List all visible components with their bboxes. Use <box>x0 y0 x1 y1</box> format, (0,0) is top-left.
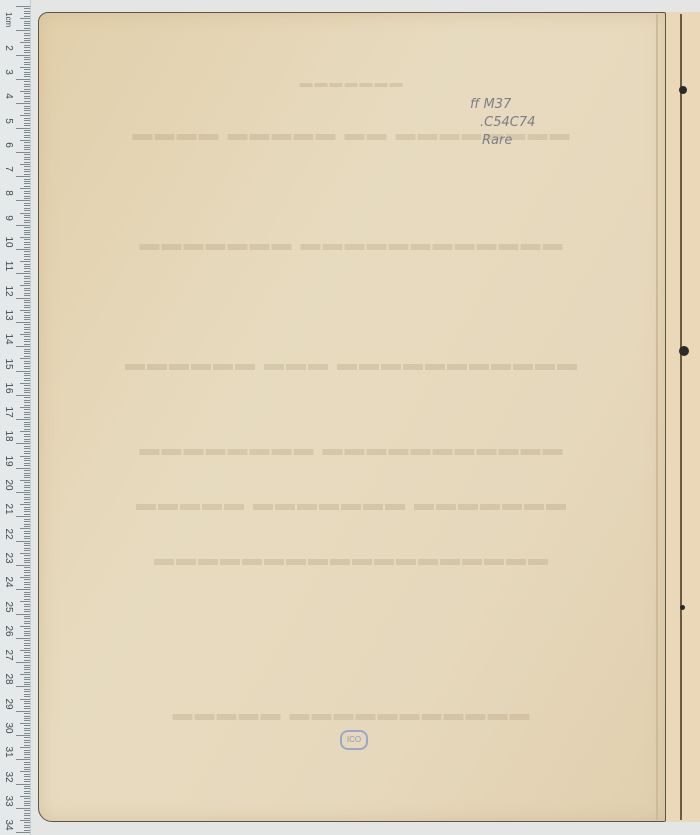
ruler-tick <box>24 307 30 308</box>
ruler-tick <box>24 271 30 272</box>
ruler-tick <box>24 426 30 427</box>
ruler-tick <box>24 417 30 418</box>
ruler-tick <box>24 752 30 753</box>
ruler-tick <box>24 460 30 461</box>
ruler-tick <box>24 52 30 53</box>
ruler-tick <box>24 45 30 46</box>
ruler-tick <box>24 135 30 136</box>
ruler-tick <box>24 684 30 685</box>
ruler-tick <box>24 424 30 425</box>
ruler-tick <box>16 419 30 420</box>
ruler-tick <box>24 414 30 415</box>
ruler-tick <box>24 526 30 527</box>
library-stamp: ICO <box>340 730 368 750</box>
ruler-tick <box>16 808 30 809</box>
ruler-tick <box>24 145 30 146</box>
ruler-tick <box>24 220 30 221</box>
ruler-tick <box>16 273 30 274</box>
ruler-tick <box>24 210 30 211</box>
ruler-tick <box>16 395 30 396</box>
ruler-tick <box>24 137 30 138</box>
ruler-tick <box>16 638 30 639</box>
ruler-tick <box>24 750 30 751</box>
ruler-tick <box>24 745 30 746</box>
ruler-tick <box>24 555 30 556</box>
ruler-tick <box>24 497 30 498</box>
ruler-tick <box>24 475 30 476</box>
ruler-tick <box>24 604 30 605</box>
ruler-tick <box>24 810 30 811</box>
handwritten-call-number: ff M37 .C54C74 Rare <box>470 96 535 150</box>
ruler-tick <box>24 324 30 325</box>
ruler-number: 15 <box>3 357 13 371</box>
ruler-tick <box>24 473 30 474</box>
ruler-tick <box>24 623 30 624</box>
ruler-tick <box>24 669 30 670</box>
ruler-tick <box>24 302 30 303</box>
ruler-tick <box>24 344 30 345</box>
ruler-number: 21 <box>3 502 13 516</box>
ruler-tick <box>24 545 30 546</box>
ruler-tick <box>24 594 30 595</box>
ruler-tick <box>24 635 30 636</box>
ruler-tick <box>24 786 30 787</box>
ruler-tick <box>24 633 30 634</box>
ruler-tick <box>24 191 30 192</box>
bleed-through-heading: ▬▬▬▬▬▬▬ <box>99 75 605 91</box>
ruler-tick <box>24 23 30 24</box>
ruler-tick <box>24 363 30 364</box>
ruler-tick <box>24 254 30 255</box>
ruler-tick <box>24 123 30 124</box>
ruler-tick <box>24 251 30 252</box>
ruler-tick <box>24 93 30 94</box>
ruler-tick <box>24 667 30 668</box>
ruler-tick <box>24 203 30 204</box>
ruler-tick <box>24 764 30 765</box>
ruler-tick <box>16 662 30 663</box>
ruler-tick <box>24 227 30 228</box>
ruler-tick <box>24 378 30 379</box>
ruler-tick <box>24 587 30 588</box>
ruler-tick <box>16 614 30 615</box>
ruler-tick <box>24 373 30 374</box>
ruler-tick <box>24 611 30 612</box>
ruler-tick <box>24 652 30 653</box>
ruler-tick <box>16 589 30 590</box>
ruler-tick <box>16 103 30 104</box>
ruler-tick <box>24 596 30 597</box>
ruler-tick <box>24 482 30 483</box>
ruler-tick <box>24 645 30 646</box>
ruler-number: 10 <box>3 235 13 249</box>
ruler-tick <box>24 106 30 107</box>
ruler-tick <box>24 339 30 340</box>
ruler-tick <box>24 169 30 170</box>
ruler-tick <box>24 47 30 48</box>
ruler-tick <box>24 186 30 187</box>
ruler-tick <box>20 407 30 408</box>
ruler-tick <box>24 708 30 709</box>
ruler-tick <box>24 742 30 743</box>
ruler-tick <box>24 725 30 726</box>
ruler-tick <box>24 441 30 442</box>
ruler-tick <box>24 300 30 301</box>
ruler-number: 27 <box>3 648 13 662</box>
ruler-number: 25 <box>3 600 13 614</box>
ruler-tick <box>24 234 30 235</box>
ruler-tick <box>24 737 30 738</box>
ruler-tick <box>24 312 30 313</box>
ruler-tick <box>24 59 30 60</box>
ruler-tick <box>24 519 30 520</box>
ruler-tick <box>20 820 30 821</box>
ruler-tick <box>24 259 30 260</box>
ruler-tick <box>16 735 30 736</box>
ruler-tick <box>24 385 30 386</box>
ruler-tick <box>24 584 30 585</box>
call-number-line2: .C54C74 <box>470 114 535 132</box>
ruler-number: 14 <box>3 332 13 346</box>
ruler-tick <box>24 230 30 231</box>
bleed-through-line: ▬▬▬▬▬▬▬▬ ▬▬▬▬▬▬▬▬▬▬▬ <box>99 438 605 461</box>
ruler-tick <box>24 730 30 731</box>
ruler-number: 29 <box>3 697 13 711</box>
ruler-tick <box>20 310 30 311</box>
ruler-tick <box>24 329 30 330</box>
ruler-tick <box>24 142 30 143</box>
ruler-tick <box>24 276 30 277</box>
ruler-tick <box>24 281 30 282</box>
ruler-tick <box>16 711 30 712</box>
ruler-tick <box>24 616 30 617</box>
ruler-tick <box>24 62 30 63</box>
ruler-tick <box>24 487 30 488</box>
ruler-tick <box>20 723 30 724</box>
ruler-tick <box>24 422 30 423</box>
ruler-tick <box>16 492 30 493</box>
ruler-tick <box>24 567 30 568</box>
ruler-tick <box>24 728 30 729</box>
ruler-tick <box>16 176 30 177</box>
ruler-tick <box>24 815 30 816</box>
binding-hole <box>680 605 685 610</box>
ruler-tick <box>24 618 30 619</box>
ruler-tick <box>24 465 30 466</box>
ruler-tick <box>24 621 30 622</box>
ruler-tick <box>24 436 30 437</box>
ruler-tick <box>24 548 30 549</box>
ruler-tick <box>16 6 30 7</box>
ruler-tick <box>20 504 30 505</box>
ruler-tick <box>24 315 30 316</box>
ruler-tick <box>24 96 30 97</box>
ruler-tick <box>20 164 30 165</box>
ruler-tick <box>24 208 30 209</box>
ruler-tick <box>24 118 30 119</box>
ruler-tick <box>24 405 30 406</box>
ruler-tick <box>24 579 30 580</box>
ruler-tick <box>24 798 30 799</box>
ruler-tick <box>24 701 30 702</box>
ruler-tick <box>24 677 30 678</box>
ruler-tick <box>24 264 30 265</box>
ruler-tick <box>24 448 30 449</box>
ruler-number: 17 <box>3 405 13 419</box>
ruler-tick <box>24 429 30 430</box>
ruler-tick <box>24 86 30 87</box>
ruler-tick <box>24 689 30 690</box>
ruler-tick <box>24 33 30 34</box>
ruler-tick <box>20 67 30 68</box>
ruler-tick <box>24 827 30 828</box>
ruler-tick <box>24 305 30 306</box>
ruler-tick <box>24 769 30 770</box>
ruler-tick <box>24 439 30 440</box>
ruler-tick <box>24 166 30 167</box>
ruler-tick <box>20 577 30 578</box>
ruler-tick <box>24 570 30 571</box>
ruler-tick <box>24 582 30 583</box>
ruler-tick <box>24 713 30 714</box>
bleed-through-line: ▬▬▬▬▬▬▬▬▬▬▬▬▬▬▬▬▬▬ <box>99 548 605 571</box>
ruler-tick <box>16 152 30 153</box>
ruler-tick <box>24 706 30 707</box>
ruler-tick <box>24 327 30 328</box>
ruler-number: 28 <box>3 672 13 686</box>
ruler-tick <box>24 11 30 12</box>
ruler-tick <box>24 805 30 806</box>
ruler-tick <box>24 813 30 814</box>
ruler-tick <box>24 400 30 401</box>
ruler-tick <box>24 657 30 658</box>
ruler-number: 20 <box>3 478 13 492</box>
ruler-tick <box>24 101 30 102</box>
binding-spine <box>680 14 682 820</box>
ruler-tick <box>24 825 30 826</box>
ruler-tick <box>24 531 30 532</box>
ruler-tick <box>24 179 30 180</box>
ruler-tick <box>24 599 30 600</box>
ruler-tick <box>24 149 30 150</box>
ruler-tick <box>16 225 30 226</box>
ruler-tick <box>20 261 30 262</box>
ruler-tick <box>24 336 30 337</box>
ruler-tick <box>24 232 30 233</box>
ruler-tick <box>24 332 30 333</box>
ruler-tick <box>16 443 30 444</box>
ruler-tick <box>24 507 30 508</box>
ruler-tick <box>20 674 30 675</box>
ruler-tick <box>24 718 30 719</box>
ruler-number: 33 <box>3 794 13 808</box>
ruler-tick <box>24 463 30 464</box>
ruler-number: 7 <box>3 162 13 176</box>
ruler-tick <box>24 609 30 610</box>
ruler-tick <box>20 747 30 748</box>
ruler-tick <box>24 247 30 248</box>
ruler-number: 30 <box>3 721 13 735</box>
ruler-number: 24 <box>3 575 13 589</box>
ruler-number: 31 <box>3 745 13 759</box>
ruler-tick <box>24 353 30 354</box>
ruler-tick <box>24 162 30 163</box>
ruler-tick <box>24 174 30 175</box>
ruler-number: 32 <box>3 770 13 784</box>
ruler-tick <box>24 76 30 77</box>
ruler-tick <box>24 375 30 376</box>
ruler-tick <box>24 81 30 82</box>
ruler-tick <box>24 822 30 823</box>
ruler-tick <box>24 606 30 607</box>
ruler-tick <box>20 456 30 457</box>
ruler-tick <box>24 490 30 491</box>
ruler-tick <box>24 84 30 85</box>
ruler-number: 23 <box>3 551 13 565</box>
ruler-tick <box>20 650 30 651</box>
ruler-tick <box>24 509 30 510</box>
ruler-tick <box>20 188 30 189</box>
ruler-tick <box>24 50 30 51</box>
ruler-number: 12 <box>3 284 13 298</box>
ruler-tick <box>24 390 30 391</box>
bleed-through-line: ▬▬▬▬▬▬ ▬▬▬ ▬▬▬▬▬▬▬▬▬▬▬ <box>99 353 605 376</box>
ruler-tick <box>24 392 30 393</box>
ruler-tick <box>24 558 30 559</box>
ruler-tick <box>24 349 30 350</box>
ruler-tick <box>24 317 30 318</box>
ruler-tick <box>24 660 30 661</box>
ruler-tick <box>20 140 30 141</box>
ruler-tick <box>20 334 30 335</box>
ruler-number: 34 <box>3 818 13 832</box>
ruler-tick <box>24 222 30 223</box>
ruler-tick <box>24 341 30 342</box>
ruler-number: 18 <box>3 429 13 443</box>
ruler-tick <box>24 818 30 819</box>
ruler-tick <box>24 402 30 403</box>
ruler-tick <box>20 601 30 602</box>
ruler-tick <box>16 200 30 201</box>
ruler-tick <box>24 290 30 291</box>
ruler-tick <box>24 679 30 680</box>
ruler-tick <box>24 356 30 357</box>
ruler-unit-label: 1cm <box>3 12 13 26</box>
ruler-tick <box>20 115 30 116</box>
ruler-tick <box>20 796 30 797</box>
ruler-tick <box>24 458 30 459</box>
ruler-tick <box>24 125 30 126</box>
ruler-tick <box>24 28 30 29</box>
ruler-tick <box>16 832 30 833</box>
ruler-tick <box>24 533 30 534</box>
ruler-number: 2 <box>3 41 13 55</box>
ruler-tick <box>16 516 30 517</box>
ruler-tick <box>24 631 30 632</box>
ruler-tick <box>20 18 30 19</box>
ruler-tick <box>16 322 30 323</box>
ruler-tick <box>24 575 30 576</box>
ruler-tick <box>24 628 30 629</box>
ruler-tick <box>24 171 30 172</box>
ruler-tick <box>24 524 30 525</box>
ruler-tick <box>24 767 30 768</box>
ruler-tick <box>24 89 30 90</box>
ruler-tick <box>16 298 30 299</box>
ruler-tick <box>24 648 30 649</box>
ruler-tick <box>24 774 30 775</box>
ruler-tick <box>24 781 30 782</box>
ruler-tick <box>24 696 30 697</box>
call-number-line3: Rare <box>470 132 535 150</box>
ruler-tick <box>16 784 30 785</box>
ruler-tick <box>24 16 30 17</box>
ruler-tick <box>24 640 30 641</box>
ruler-tick <box>24 703 30 704</box>
ruler-tick <box>24 288 30 289</box>
ruler-tick <box>24 205 30 206</box>
ruler-tick <box>24 98 30 99</box>
ruler-number: 13 <box>3 308 13 322</box>
ruler-tick <box>24 499 30 500</box>
ruler-tick <box>24 198 30 199</box>
ruler-tick <box>24 295 30 296</box>
ruler-tick <box>24 514 30 515</box>
ruler-tick <box>24 572 30 573</box>
ruler-number: 4 <box>3 89 13 103</box>
ruler-tick <box>20 480 30 481</box>
ruler-tick <box>24 451 30 452</box>
ruler-tick <box>20 237 30 238</box>
ruler-tick <box>24 521 30 522</box>
ruler-tick <box>24 239 30 240</box>
ruler-number: 5 <box>3 114 13 128</box>
ruler-tick <box>24 560 30 561</box>
ruler-tick <box>24 157 30 158</box>
ruler-tick <box>24 754 30 755</box>
ruler-tick <box>16 79 30 80</box>
ruler-tick <box>24 266 30 267</box>
ruler-tick <box>24 40 30 41</box>
ruler-tick <box>24 550 30 551</box>
call-number-line1: ff M37 <box>470 96 535 114</box>
ruler-tick <box>24 397 30 398</box>
ruler-tick <box>24 720 30 721</box>
ruler-tick <box>24 453 30 454</box>
ruler-tick <box>20 699 30 700</box>
ruler-tick <box>20 383 30 384</box>
ruler-tick <box>24 130 30 131</box>
ruler-tick <box>16 30 30 31</box>
ruler-tick <box>24 38 30 39</box>
ruler-tick <box>24 655 30 656</box>
ruler-tick <box>24 793 30 794</box>
ruler-tick <box>24 361 30 362</box>
ruler-tick <box>24 13 30 14</box>
ruler-tick <box>24 740 30 741</box>
ruler-tick <box>24 35 30 36</box>
ruler-tick <box>24 562 30 563</box>
ruler-tick <box>20 528 30 529</box>
ruler-tick <box>24 776 30 777</box>
ruler-tick <box>24 278 30 279</box>
ruler-tick <box>24 64 30 65</box>
ruler-tick <box>24 672 30 673</box>
ruler-tick <box>24 682 30 683</box>
ruler-tick <box>24 69 30 70</box>
ruler-tick <box>24 196 30 197</box>
ruler-tick <box>16 346 30 347</box>
